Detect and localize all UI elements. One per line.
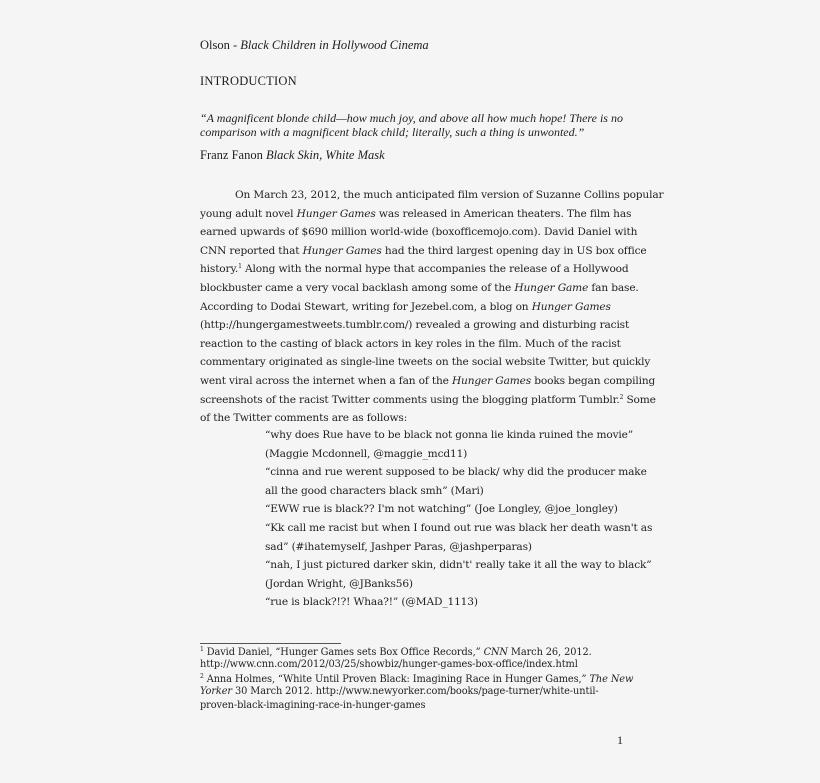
body-line: blockbuster came a very vocal backlash a…	[200, 282, 639, 294]
running-head-title: Black Children in Hollywood Cinema	[240, 38, 428, 52]
text-run: history.	[200, 263, 238, 275]
text-run: books began compiling	[531, 375, 655, 387]
epigraph-attribution: Franz Fanon Black Skin, White Mask	[200, 148, 385, 163]
text-run: reaction to the casting of black actors …	[200, 338, 621, 350]
text-run: proven-black-imagining-race-in-hunger-ga…	[200, 700, 425, 711]
tweet-quote-line: (Maggie Mcdonnell, @maggie_mcd11)	[265, 448, 467, 460]
text-run: CNN reported that	[200, 245, 303, 257]
section-heading: INTRODUCTION	[200, 74, 297, 89]
italic-text: CNN	[484, 647, 508, 658]
tweet-quote-line: “nah, I just pictured darker skin, didn'…	[265, 559, 652, 571]
footnote-line: 2 Anna Holmes, “White Until Proven Black…	[200, 673, 633, 685]
text-run: was released in American theaters. The f…	[376, 208, 632, 220]
running-head-author: Olson -	[200, 38, 240, 52]
tweet-quote-line: “rue is black?!?! Whaa?!” (@MAD_1113)	[265, 596, 478, 608]
text-run: went viral across the internet when a fa…	[200, 375, 452, 387]
footnote-separator	[200, 643, 341, 644]
text-run: screenshots of the racist Twitter commen…	[200, 394, 620, 406]
page-number: 1	[617, 733, 623, 748]
text-run: Some	[623, 394, 656, 406]
text-run: According to Dodai Stewart, writing for …	[200, 301, 532, 313]
text-run: 30 March 2012. http://www.newyorker.com/…	[232, 686, 599, 697]
text-run: young adult novel	[200, 208, 297, 220]
body-line: According to Dodai Stewart, writing for …	[200, 301, 611, 313]
tweet-quote-line: sad” (#ihatemyself, Jashper Paras, @jash…	[265, 541, 532, 553]
body-line: screenshots of the racist Twitter commen…	[200, 394, 656, 406]
running-head: Olson - Black Children in Hollywood Cine…	[200, 38, 429, 53]
italic-text: Yorker	[200, 686, 232, 697]
tweet-quote-line: all the good characters black smh” (Mari…	[265, 485, 484, 497]
text-run: commentary originated as single-line twe…	[200, 356, 650, 368]
text-run: earned upwards of $690 million world-wid…	[200, 226, 637, 238]
text-run: Along with the normal hype that accompan…	[242, 263, 629, 275]
footnote-line: http://www.cnn.com/2012/03/25/showbiz/hu…	[200, 659, 578, 670]
body-line: of the Twitter comments are as follows:	[200, 412, 407, 424]
epigraph-quote: “A magnificent blonde child—how much joy…	[200, 111, 630, 139]
footnote-line: Yorker 30 March 2012. http://www.newyork…	[200, 686, 599, 697]
text-run: On March 23, 2012, the much anticipated …	[235, 189, 663, 201]
tweet-quote-line: “cinna and rue werent supposed to be bla…	[265, 466, 647, 478]
italic-text: Hunger Games	[297, 208, 376, 220]
italic-text: The New	[589, 674, 633, 685]
tweet-quote-line: (Jordan Wright, @JBanks56)	[265, 578, 413, 590]
body-line: reaction to the casting of black actors …	[200, 338, 621, 350]
text-run: David Daniel, “Hunger Games sets Box Off…	[204, 647, 484, 658]
body-line: went viral across the internet when a fa…	[200, 375, 655, 387]
body-line: commentary originated as single-line twe…	[200, 356, 650, 368]
footnote-line: proven-black-imagining-race-in-hunger-ga…	[200, 700, 425, 711]
text-run: fan base.	[588, 282, 638, 294]
italic-text: Hunger Game	[514, 282, 588, 294]
footnote-line: 1 David Daniel, “Hunger Games sets Box O…	[200, 646, 592, 658]
text-run: Anna Holmes, “White Until Proven Black: …	[204, 674, 590, 685]
text-run: (http://hungergamestweets.tumblr.com/) r…	[200, 319, 629, 331]
text-run: March 26, 2012.	[508, 647, 592, 658]
tweet-quote-line: “Kk call me racist but when I found out …	[265, 522, 652, 534]
body-line: (http://hungergamestweets.tumblr.com/) r…	[200, 319, 629, 331]
text-run: had the third largest opening day in US …	[382, 245, 647, 257]
body-line: history.1 Along with the normal hype tha…	[200, 263, 629, 275]
text-run: blockbuster came a very vocal backlash a…	[200, 282, 514, 294]
text-run: http://www.cnn.com/2012/03/25/showbiz/hu…	[200, 659, 578, 670]
italic-text: Hunger Games	[452, 375, 531, 387]
italic-text: Hunger Games	[303, 245, 382, 257]
italic-text: Hunger Games	[532, 301, 611, 313]
tweet-quote-line: “EWW rue is black?? I'm not watching” (J…	[265, 503, 618, 515]
tweet-quote-line: “why does Rue have to be black not gonna…	[265, 429, 633, 441]
document-page: Olson - Black Children in Hollywood Cine…	[0, 0, 820, 783]
body-line: young adult novel Hunger Games was relea…	[200, 208, 631, 220]
body-line: On March 23, 2012, the much anticipated …	[235, 189, 663, 201]
attribution-author: Franz Fanon	[200, 148, 266, 162]
text-run: of the Twitter comments are as follows:	[200, 412, 407, 424]
body-line: earned upwards of $690 million world-wid…	[200, 226, 637, 238]
body-line: CNN reported that Hunger Games had the t…	[200, 245, 646, 257]
attribution-work: Black Skin, White Mask	[266, 148, 385, 162]
